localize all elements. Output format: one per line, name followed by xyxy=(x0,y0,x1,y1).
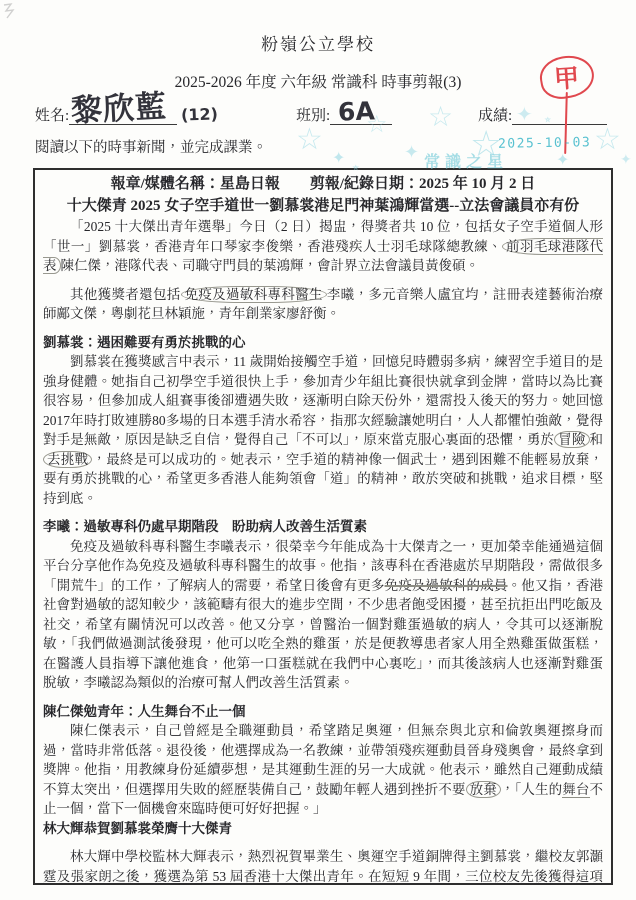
source-value: 星島日報 xyxy=(220,176,280,192)
text-segment: 李曦：過敏專科仍處早期階段 盼助病人改善生活質素 xyxy=(43,519,367,534)
text-segment: 。他又指，香港社會對過敏的認知較少，該範疇有很大的進步空間，不少患者飽受困擾，甚… xyxy=(43,578,603,691)
score-line xyxy=(512,104,607,125)
name-field: 姓名:黎欣藍(12) xyxy=(35,104,218,125)
article-heading: 李曦：過敏專科仍處早期階段 盼助病人改善生活質素 xyxy=(43,517,603,537)
pencil-circle-annotation: 放棄 xyxy=(466,781,501,798)
handwritten-name: 黎欣藍 xyxy=(70,81,168,131)
name-label: 姓名: xyxy=(35,104,69,125)
pencil-circle-annotation: 免疫及過敏科專科醫生 xyxy=(181,286,327,303)
source-label: 報章/媒體名稱： xyxy=(111,176,220,192)
star-icon: ✦ xyxy=(620,152,632,168)
corner-pencil-mark xyxy=(2,2,20,24)
article-paragraph: 免疫及過敏科專科醫生李曦表示，很榮幸今年能成為十大傑青之一，更加榮幸能通過這個平… xyxy=(43,537,603,693)
class-label: 班別: xyxy=(296,104,330,125)
class-field: 班別:6A xyxy=(296,104,392,125)
text-segment: ，最終是可以成功的。她表示，空手道的精神像一個武士，遇到困難不能輕易放棄，要有勇… xyxy=(43,452,603,506)
date-stamp: 2025-10-03 xyxy=(498,135,592,152)
article-paragraph: 其他獲獎者還包括免疫及過敏科專科醫生李曦，多元音樂人盧宜均，註冊表達藝術治療師鄺… xyxy=(43,285,603,324)
article-paragraph: 林大輝中學校監林大輝表示，熱烈祝賀畢業生、奧運空手道銅牌得主劉慕裳，繼校友郭灝霆… xyxy=(43,847,603,885)
score-label: 成績: xyxy=(478,104,512,125)
text-segment: 和 xyxy=(590,432,604,447)
article-heading: 林大輝恭賀劉慕裳榮膺十大傑青 xyxy=(43,819,603,839)
text-segment: 陳仁傑，港隊代表、司職守門員的葉鴻輝，會計界立法會議員黃俊碩。 xyxy=(61,258,480,273)
text-segment: 林大輝中學校監林大輝表示，熱烈祝賀畢業生、奧運空手道銅牌得主劉慕裳，繼校友郭灝霆… xyxy=(43,849,603,885)
article-heading: 劉慕裳：遇困難要有勇於挑戰的心 xyxy=(43,333,603,353)
text-segment: 林大輝恭賀劉慕裳榮膺十大傑青 xyxy=(43,821,232,836)
pencil-underline-annotation: 舞台 xyxy=(562,782,589,798)
text-segment: 劉慕裳在獲獎感言中表示，11 歲開始接觸空手道，回憶兒時體弱多病，練習空手道目的… xyxy=(43,354,603,447)
star-icon: ✦ xyxy=(404,142,419,163)
star-icon: ✦ xyxy=(332,148,345,167)
article-paragraph: 劉慕裳在獲獎感言中表示，11 歲開始接觸空手道，回憶兒時體弱多病，練習空手道目的… xyxy=(43,352,603,508)
article-heading: 陳仁傑勉青年：人生舞台不止一個 xyxy=(43,702,603,722)
article-paragraph: 「2025 十大傑出青年選舉」今日（2 日）揭盅，得獎者共 10 位，包括女子空… xyxy=(43,217,603,276)
meta-spacer xyxy=(280,176,310,192)
text-segment: ，「人生的 xyxy=(501,782,562,797)
pencil-circle-annotation: 去挑戰 xyxy=(43,451,92,468)
handwritten-class: 6A xyxy=(338,96,376,126)
name-line: 黎欣藍 xyxy=(69,104,177,125)
article-meta-row: 報章/媒體名稱：星島日報 剪報/紀錄日期：2025 年 10 月 2 日 xyxy=(43,173,603,195)
text-segment: 其他獲獎者還包括 xyxy=(70,287,181,302)
score-field: 成績: xyxy=(478,104,607,125)
article-box: 報章/媒體名稱：星島日報 剪報/紀錄日期：2025 年 10 月 2 日 十大傑… xyxy=(33,168,613,885)
pencil-strike-annotation: 免疫及過敏科的成員 xyxy=(385,578,508,593)
star-icon: ✦ xyxy=(556,150,569,169)
school-title: 粉嶺公立學校 xyxy=(0,30,636,55)
article-headline: 十大傑青 2025 女子空手道世一劉慕裳港足門神葉鴻輝當選--立法會議員亦有份 xyxy=(43,195,603,217)
clip-date-label: 剪報/紀錄日期： xyxy=(310,176,419,192)
clip-date-value: 2025 年 10 月 2 日 xyxy=(419,176,535,192)
text-segment: 劉慕裳：遇困難要有勇於挑戰的心 xyxy=(43,335,246,350)
scanned-worksheet-page: { "header": { "school": "粉嶺公立學校", "subti… xyxy=(0,0,636,900)
instruction-text: 閱讀以下的時事新聞，並完成課業。 xyxy=(35,136,267,157)
article-paragraph: 陳仁傑表示，自己曾經是全職運動員，希望踏足奧運，但無奈與北京和倫敦奧運擦身而過，… xyxy=(43,721,603,819)
text-segment: 陳仁傑勉青年：人生舞台不止一個 xyxy=(43,704,246,719)
student-number: (12) xyxy=(181,104,219,124)
article-body: 「2025 十大傑出青年選舉」今日（2 日）揭盅，得獎者共 10 位，包括女子空… xyxy=(43,217,603,885)
form-field-row: 姓名:黎欣藍(12) 班別:6A 成績: xyxy=(0,96,636,130)
class-line: 6A xyxy=(330,104,392,125)
pencil-circle-annotation: 冒險 xyxy=(554,431,589,448)
